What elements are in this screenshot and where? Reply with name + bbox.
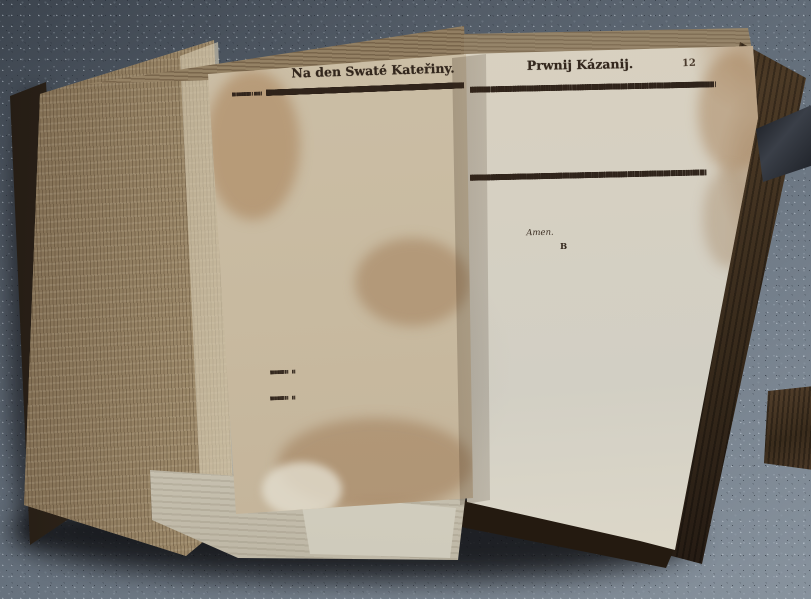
left-page-text-block xyxy=(266,82,464,90)
margin-note xyxy=(232,91,262,92)
signature-mark: B xyxy=(560,242,567,252)
margin-note xyxy=(270,396,296,397)
photo-of-open-antique-book: Prwnij Kázanij. 12 Amen. B Na den Swaté … xyxy=(0,0,811,599)
right-page-paragraph-1 xyxy=(470,81,716,87)
right-page-paragraph-2 xyxy=(470,169,710,174)
folio-number: 12 xyxy=(682,58,696,69)
page-stain xyxy=(355,238,470,326)
clasp-strap-bottom xyxy=(764,386,811,470)
margin-note xyxy=(270,370,296,371)
closing-word: Amen. xyxy=(505,227,575,239)
right-page-header: Prwnij Kázanij. xyxy=(500,56,660,74)
